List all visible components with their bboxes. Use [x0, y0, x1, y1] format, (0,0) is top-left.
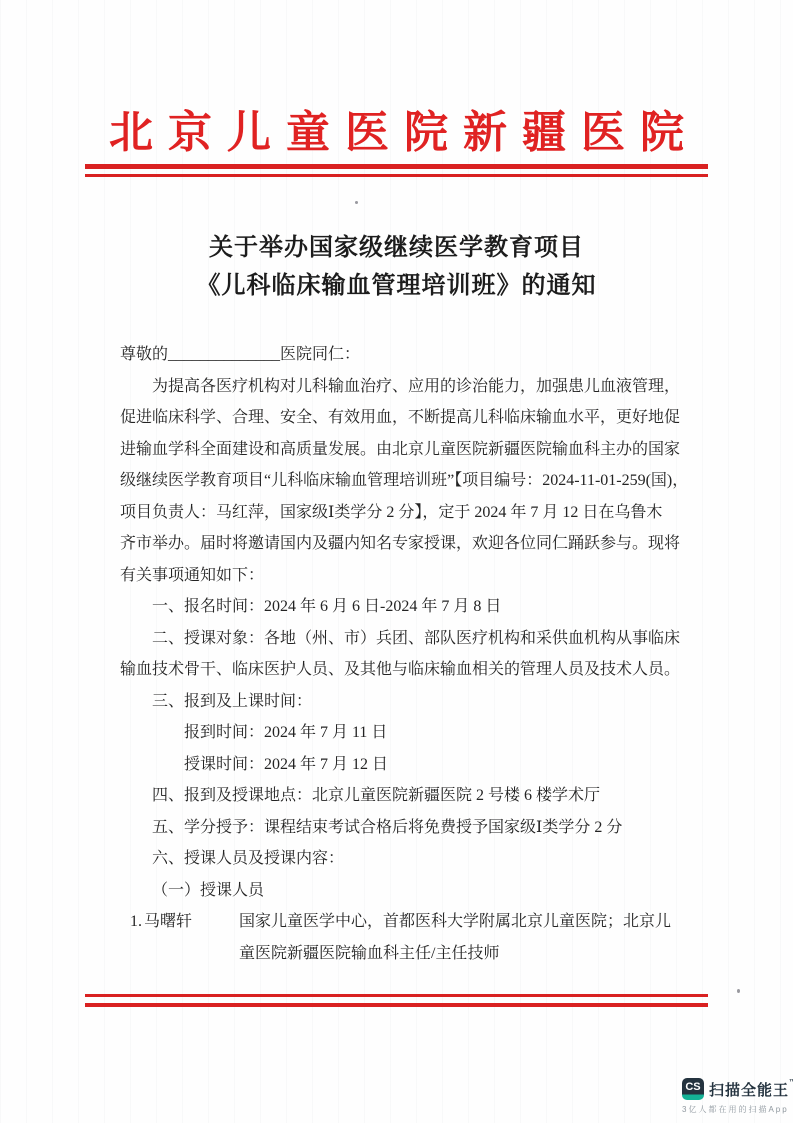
- scan-speck: [355, 201, 358, 204]
- camscanner-logo-row: CS 扫描全能王™: [682, 1078, 787, 1100]
- notice-item-4: 四、报到及授课地点：北京儿童医院新疆医院 2 号楼 6 楼学术厅: [120, 780, 677, 812]
- camscanner-tagline: 3亿人都在用的扫描App: [682, 1104, 787, 1115]
- camscanner-logo-icon: CS: [682, 1078, 704, 1100]
- intro-line: 进输血学科全面建设和高质量发展。由北京儿童医院新疆医院输血科主办的国家: [120, 434, 677, 466]
- intro-line: 为提高各医疗机构对儿科输血治疗、应用的诊治能力，加强患儿血液管理，: [120, 371, 677, 403]
- intro-line: 有关事项通知如下：: [120, 560, 677, 592]
- notice-item-3: 三、报到及上课时间：: [120, 686, 677, 718]
- salutation: 尊敬的______________医院同仁：: [120, 339, 677, 371]
- trademark-symbol: ™: [789, 1079, 793, 1086]
- notice-item-2: 二、授课对象：各地（州、市）兵团、部队医疗机构和采供血机构从事临床: [120, 623, 677, 655]
- lecturer-item: 1.马曙轩 国家儿童医学中心，首都医科大学附属北京儿童医院；北京儿 童医院新疆医…: [120, 906, 677, 969]
- document-body: 尊敬的______________医院同仁： 为提高各医疗机构对儿科输血治疗、应…: [120, 339, 677, 969]
- notice-item-6: 六、授课人员及授课内容：: [120, 843, 677, 875]
- scanned-notice-page: 北京儿童医院新疆医院 关于举办国家级继续医学教育项目 《儿科临床输血管理培训班》…: [0, 0, 793, 1123]
- hospital-letterhead: 北京儿童医院新疆医院: [0, 106, 793, 160]
- intro-line: 级继续医学教育项目“儿科临床输血管理培训班”【项目编号：2024-11-01-2…: [120, 465, 677, 497]
- intro-line: 齐市举办。届时将邀请国内及疆内知名专家授课，欢迎各位同仁踊跃参与。现将: [120, 528, 677, 560]
- subsection-lecturers: （一）授课人员: [120, 875, 677, 907]
- notice-item-2-continued: 输血技术骨干、临床医护人员、及其他与临床输血相关的管理人员及技术人员。: [120, 654, 677, 686]
- footer-rule-thick: [85, 1003, 708, 1007]
- notice-item-5: 五、学分授予：课程结束考试合格后将免费授予国家级Ⅰ类学分 2 分: [120, 812, 677, 844]
- intro-line: 项目负责人：马红萍，国家级Ⅰ类学分 2 分】，定于 2024 年 7 月 12 …: [120, 497, 677, 529]
- notice-item-1: 一、报名时间：2024 年 6 月 6 日-2024 年 7 月 8 日: [120, 591, 677, 623]
- letterhead-rule-thin: [85, 174, 708, 177]
- lecturer-name: 1.马曙轩: [130, 906, 194, 938]
- footer-rule-thin: [85, 994, 708, 997]
- camscanner-app-name: 扫描全能王™: [709, 1079, 793, 1100]
- scan-speck: [737, 989, 740, 993]
- salutation-suffix: 医院同仁：: [280, 346, 360, 363]
- camscanner-watermark: CS 扫描全能王™ 3亿人都在用的扫描App: [682, 1078, 787, 1115]
- lecturer-description: 国家儿童医学中心，首都医科大学附属北京儿童医院；北京儿 童医院新疆医院输血科主任…: [239, 906, 677, 969]
- salutation-prefix: 尊敬的: [120, 346, 168, 363]
- lecturer-desc-line1: 国家儿童医学中心，首都医科大学附属北京儿童医院；北京儿: [239, 906, 677, 938]
- letterhead-rule-thick: [85, 164, 708, 169]
- lecturer-number: 1.: [130, 913, 142, 930]
- lecture-time: 授课时间：2024 年 7 月 12 日: [120, 749, 677, 781]
- fill-in-blank: ______________: [168, 346, 280, 363]
- document-title-line1: 关于举办国家级继续医学教育项目: [0, 229, 793, 267]
- document-title: 关于举办国家级继续医学教育项目 《儿科临床输血管理培训班》的通知: [0, 229, 793, 305]
- lecturer-desc-line2: 童医院新疆医院输血科主任/主任技师: [239, 938, 677, 970]
- checkin-time: 报到时间：2024 年 7 月 11 日: [120, 717, 677, 749]
- document-title-line2: 《儿科临床输血管理培训班》的通知: [0, 267, 793, 305]
- intro-line: 促进临床科学、合理、安全、有效用血，不断提高儿科临床输血水平，更好地促: [120, 402, 677, 434]
